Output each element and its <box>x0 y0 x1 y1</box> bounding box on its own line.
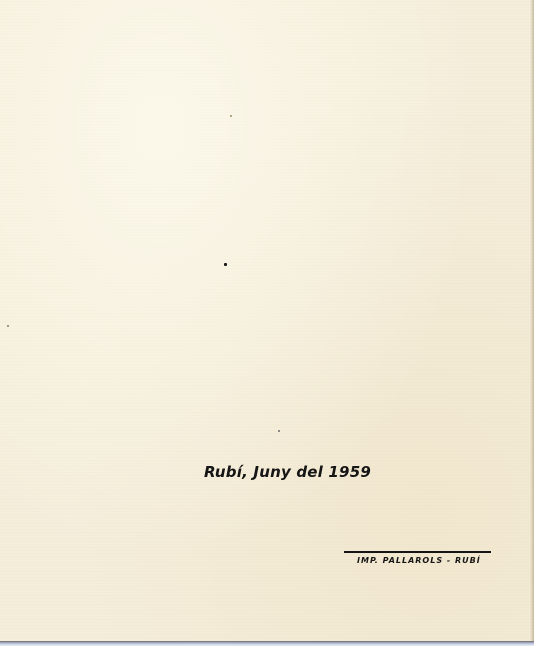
ink-speck <box>230 115 232 117</box>
printer-imprint: IMP. PALLAROLS - RUBÍ <box>357 556 481 565</box>
document-page: Rubí, Juny del 1959 IMP. PALLAROLS - RUB… <box>0 0 534 641</box>
printer-rule-divider <box>344 551 491 553</box>
ink-speck <box>224 263 227 266</box>
page-edge-shadow <box>530 0 534 641</box>
place-and-date: Rubí, Juny del 1959 <box>204 463 371 481</box>
ink-speck <box>7 325 9 327</box>
ink-speck <box>278 430 280 432</box>
scan-bottom-edge <box>0 641 534 646</box>
